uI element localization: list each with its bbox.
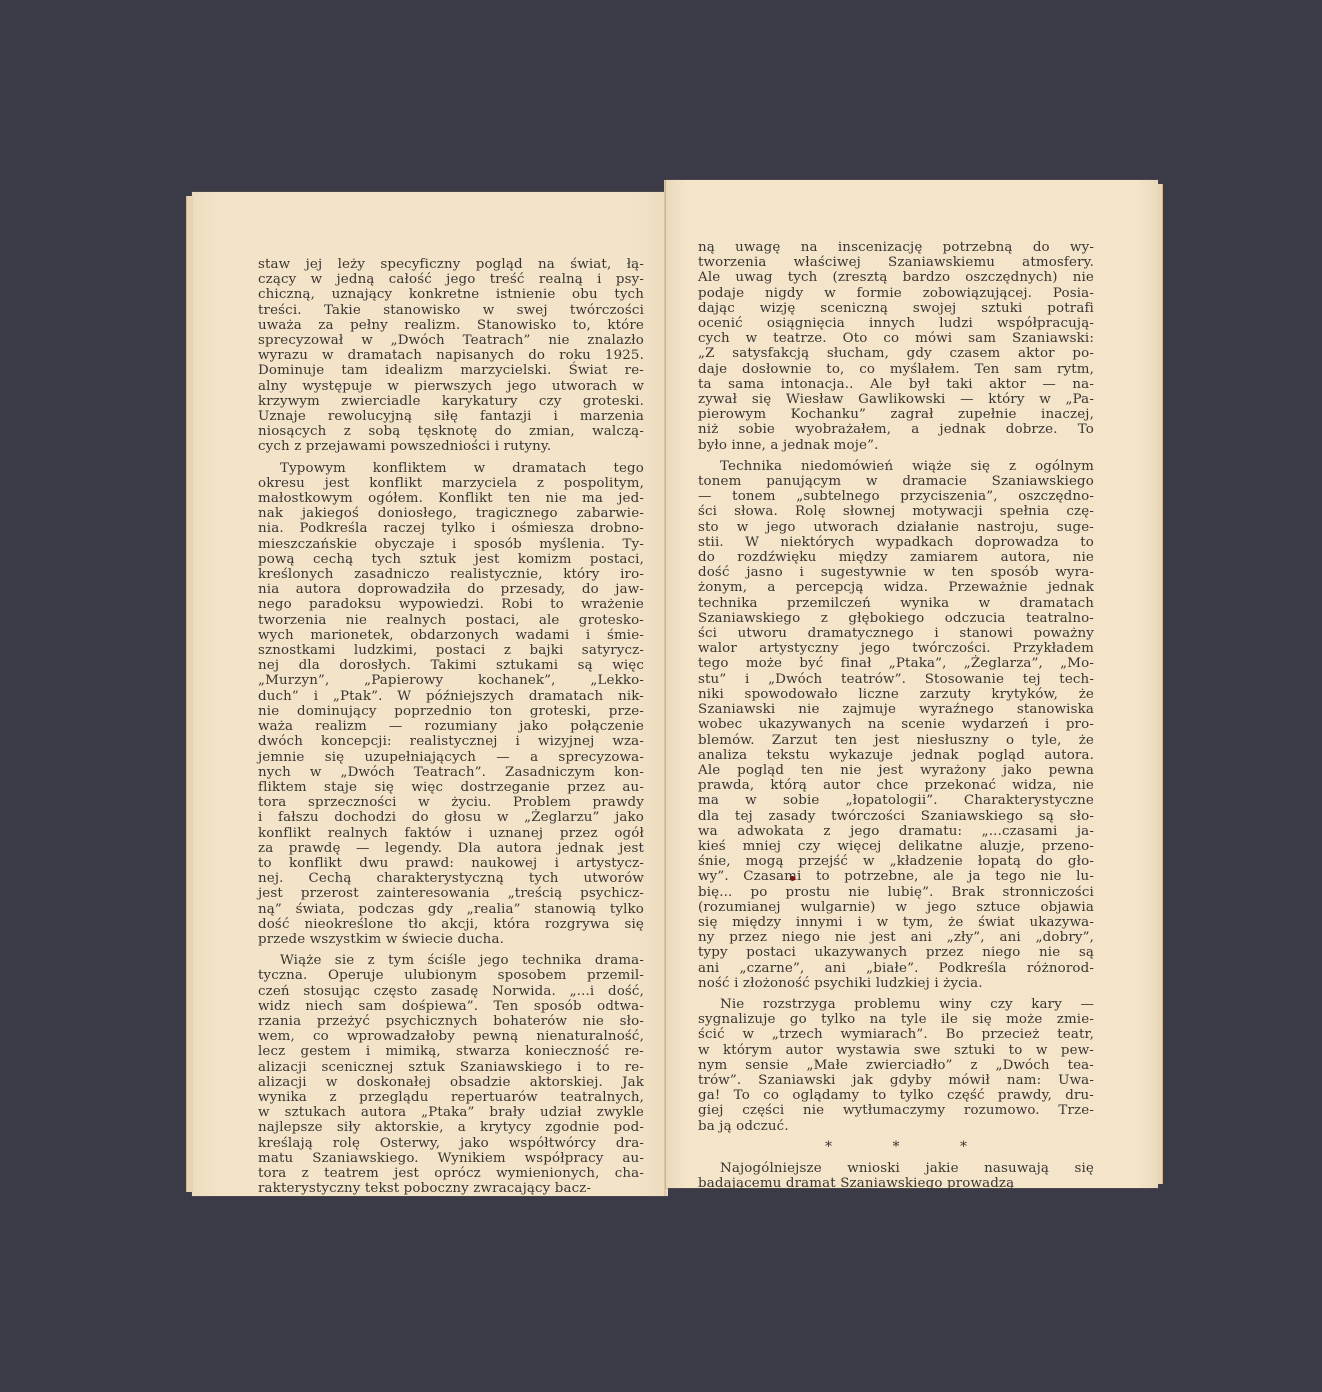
text-line: trów”. Szaniawski jak gdyby mówił nam: U… (698, 1073, 1094, 1088)
text-line: niosących z sobą tęsknotę do zmian, walc… (258, 424, 644, 439)
text-line: dwóch koncepcji: realistycznej i wizyjne… (258, 734, 644, 749)
text-line: bię... po prostu nie lubię”. Brak stronn… (698, 885, 1094, 900)
text-line: tonem panującym w dramacie Szaniawskiego (698, 474, 1094, 489)
text-line: krzywym zwierciadle karykatury czy grote… (258, 394, 644, 409)
text-line: tora z teatrem jest oprócz wymienionych,… (258, 1166, 644, 1181)
text-line: ny przez niego nie jest ani „zły”, ani „… (698, 930, 1094, 945)
text-line: ga! To co oglądamy to tylko część prawdy… (698, 1088, 1094, 1103)
text-line: lecz gestem i mimiką, stwarza koniecznoś… (258, 1044, 644, 1059)
text-line: jest przerost zainteresowania „treścią p… (258, 886, 644, 901)
text-line: Uznaje rewolucyjną siłę fantazji i marze… (258, 409, 644, 424)
text-line: ną uwagę na inscenizację potrzebną do wy… (698, 240, 1094, 255)
paragraph: Najogólniejsze wnioski jakie nasuwają si… (698, 1161, 1094, 1191)
text-line: nej. Cechą charakterystyczną tych utworó… (258, 871, 644, 886)
text-line: w którym autor wystawia swe sztuki to w … (698, 1043, 1094, 1058)
text-line: walor artystyczny jego twórczości. Przyk… (698, 641, 1094, 656)
text-line: wych marionetek, obdarzonych wadami i śm… (258, 628, 644, 643)
text-line: — tonem „subtelnego przyciszenia”, oszcz… (698, 489, 1094, 504)
text-line: ścić w „trzech wymiarach”. Bo przecież t… (698, 1027, 1094, 1042)
ink-stain (790, 876, 795, 881)
text-line: Najogólniejsze wnioski jakie nasuwają si… (698, 1161, 1094, 1176)
text-line: ści słowa. Rolę słownej motywacji spełni… (698, 504, 1094, 519)
text-line: mieszczańskie obyczaje i sposób myślenia… (258, 537, 644, 552)
text-line: fliktem staje się więc dostrzeganie prze… (258, 780, 644, 795)
text-line: wobec ukazywanych na scenie wydarzeń i p… (698, 717, 1094, 732)
text-line: konflikt realnych faktów i uznanej przez… (258, 826, 644, 841)
text-line: śnie, mogą przejść w „kładzenie łopatą d… (698, 854, 1094, 869)
text-line: badającemu dramat Szaniawskiego prowadzą (698, 1176, 1094, 1191)
text-line: tworzenia nie realnych postaci, ale grot… (258, 613, 644, 628)
text-line: matu Szaniawskiego. Wynikiem współpracy … (258, 1151, 644, 1166)
text-line: wy”. Czasami to potrzebne, ale ja tego n… (698, 869, 1094, 884)
text-line: uważa za pełny realizm. Stanowisko to, k… (258, 318, 644, 333)
text-line: stii. W niektórych wypadkach doprowadza … (698, 535, 1094, 550)
text-line: tyczna. Operuje ulubionym sposobem przem… (258, 968, 644, 983)
text-line: Wiąże sie z tym ściśle jego technika dra… (258, 953, 644, 968)
text-line: sygnalizuje go tylko na tyle ile się moż… (698, 1012, 1094, 1027)
text-line: tora sprzeczności w życiu. Problem prawd… (258, 795, 644, 810)
text-line: Technika niedomówień wiąże się z ogólnym (698, 459, 1094, 474)
text-line: nak jakiegoś doniosłego, tragicznego zab… (258, 506, 644, 521)
text-line: giej części nie wytłumaczymy rozumowo. T… (698, 1103, 1094, 1118)
text-line: cych z przejawami powszedniości i rutyny… (258, 439, 644, 454)
text-line: Szaniawski nie zajmuje wyraźnego stanowi… (698, 702, 1094, 717)
text-line: zywał się Wiesław Gawlikowski — który w … (698, 392, 1094, 407)
text-line: najlepsze siły aktorskie, a krytycy zgod… (258, 1120, 644, 1135)
paragraph: ną uwagę na inscenizację potrzebną do wy… (698, 240, 1094, 453)
text-line: wynika z przeglądu repertuarów teatralny… (258, 1090, 644, 1105)
text-line: tworzenia właściwej Szaniawskiemu atmosf… (698, 255, 1094, 270)
text-line: technika przemilczeń wynika w dramatach (698, 596, 1094, 611)
text-line: waża realizm — rozumiany jako połączenie (258, 719, 644, 734)
text-line: ba ją odczuć. (698, 1119, 1094, 1134)
right-page-edge (1157, 184, 1163, 1184)
text-line: ocenić osiągnięcia innych ludzi współpra… (698, 316, 1094, 331)
text-line: ność i złożoność psychiki ludzkiej i życ… (698, 976, 1094, 991)
text-line: chiczną, uznający konkretne istnienie ob… (258, 287, 644, 302)
text-line: „Murzyn”, „Papierowy kochanek”, „Lekko- (258, 673, 644, 688)
booklet-spread: staw jej leży specyficzny pogląd na świa… (190, 180, 1160, 1200)
text-line: żonym, a percepcją widza. Przeważnie jed… (698, 580, 1094, 595)
text-line: i fałszu dochodzi do głosu w „Żeglarzu” … (258, 810, 644, 825)
text-line: do rozdźwięku między zamiarem autora, ni… (698, 550, 1094, 565)
text-line: ma w sobie „łopatologii”. Charakterystyc… (698, 793, 1094, 808)
text-line: cych w teatrze. Oto co mówi sam Szaniaws… (698, 331, 1094, 346)
text-line: kreślonych zasadniczo realistycznie, któ… (258, 567, 644, 582)
text-line: przede wszystkim w świecie ducha. (258, 932, 644, 947)
text-line: alny występuje w pierwszych jego utworac… (258, 379, 644, 394)
text-line: nym sensie „Małe zwierciadło” z „Dwóch t… (698, 1058, 1094, 1073)
text-line: to konflikt dwu prawd: naukowej i artyst… (258, 856, 644, 871)
text-line: daje dosłownie to, co myślałem. Ten sam … (698, 362, 1094, 377)
text-line: dla tej zasady twórczości Szaniawskiego … (698, 809, 1094, 824)
text-line: nie dominujący poprzednio ton groteski, … (258, 704, 644, 719)
text-line: małostkowym ogółem. Konflikt ten nie ma … (258, 491, 644, 506)
text-line: staw jej leży specyficzny pogląd na świa… (258, 257, 644, 272)
text-line: kreślają rolę Osterwy, jako współtwórcy … (258, 1136, 644, 1151)
text-line: wa adwokata z jego dramatu: „...czasami … (698, 824, 1094, 839)
text-line: pierowym Kochanku” zagrał zupełnie inacz… (698, 407, 1094, 422)
text-line: nia autora doprowadziła do przesady, do … (258, 582, 644, 597)
text-line: jemnie się uzupełniających — a sprecyzow… (258, 750, 644, 765)
text-line: sto w jego utworach działanie nastroju, … (698, 520, 1094, 535)
text-line: widz niech sam dośpiewa”. Ten sposób odt… (258, 999, 644, 1014)
text-line: typy postaci ukazywanych przez niego nie… (698, 945, 1094, 960)
left-page-edge (186, 196, 193, 1192)
text-line: alizacji scenicznej sztuk Szaniawskiego … (258, 1060, 644, 1075)
text-line: Dominuje tam idealizm marzycielski. Świa… (258, 363, 644, 378)
paragraph: staw jej leży specyficzny pogląd na świa… (258, 257, 644, 455)
text-line: Typowym konfliktem w dramatach tego (258, 461, 644, 476)
text-line: wyrazu w dramatach napisanych do roku 19… (258, 348, 644, 363)
text-line: dając wizję sceniczną swojej sztuki potr… (698, 301, 1094, 316)
text-line: dość nieokreślone tło akcji, która rozgr… (258, 917, 644, 932)
text-line: nia. Podkreśla raczej tylko i ośmiesza d… (258, 521, 644, 536)
text-line: analiza tekstu wykazuje jednak pogląd au… (698, 748, 1094, 763)
text-line: ną” świata, podczas gdy „realia” stanowi… (258, 902, 644, 917)
text-line: blemów. Zarzut ten jest niesłuszny o tyl… (698, 733, 1094, 748)
text-line: podaje nigdy w formie zobowiązującej. Po… (698, 286, 1094, 301)
right-page-text-column: ną uwagę na inscenizację potrzebną do wy… (698, 240, 1094, 1197)
text-line: sprecyzował w „Dwóch Teatrach” nie znala… (258, 333, 644, 348)
text-line: stu” i „Dwóch teatrów”. Stosowanie tej t… (698, 672, 1094, 687)
text-line: czeń stosując często zasadę Norwida. „..… (258, 984, 644, 999)
section-separator: * * * (698, 1140, 1094, 1155)
left-page: staw jej leży specyficzny pogląd na świa… (192, 192, 666, 1196)
text-line: Ale pogląd ten nie jest wyrażony jako pe… (698, 763, 1094, 778)
text-line: się między innymi i w tym, że świat ukaz… (698, 915, 1094, 930)
right-page: ną uwagę na inscenizację potrzebną do wy… (666, 180, 1158, 1188)
text-line: duch” i „Ptak”. W późniejszych dramatach… (258, 689, 644, 704)
text-line: było inne, a jednak moje”. (698, 438, 1094, 453)
paragraph: Nie rozstrzyga problemu winy czy kary —s… (698, 997, 1094, 1134)
text-line: nego paradoksu wypowiedzi. Robi to wraże… (258, 597, 644, 612)
text-line: rzania przeżyć psychicznych bohaterów ni… (258, 1014, 644, 1029)
text-line: tego może być finał „Ptaka”, „Żeglarza”,… (698, 656, 1094, 671)
text-line: dość jasno i sugestywnie w ten sposób wy… (698, 565, 1094, 580)
text-line: Nie rozstrzyga problemu winy czy kary — (698, 997, 1094, 1012)
text-line: okresu jest konflikt marzyciela z pospol… (258, 476, 644, 491)
text-line: pową cechą tych sztuk jest komizm postac… (258, 552, 644, 567)
text-line: alizacji w doskonałej obsadzie aktorskie… (258, 1075, 644, 1090)
text-line: nej dla dorosłych. Takimi sztukami są wi… (258, 658, 644, 673)
text-line: wem, co wprowadzałoby pewną nienaturalno… (258, 1029, 644, 1044)
text-line: „Z satysfakcją słucham, gdy czasem aktor… (698, 346, 1094, 361)
text-line: prawda, którą autor chce przekonać widza… (698, 778, 1094, 793)
text-line: kieś mniej czy więcej delikatne aluzje, … (698, 839, 1094, 854)
text-line: ani „czarne”, ani „białe”. Podkreśla róż… (698, 961, 1094, 976)
text-line: ta sama intonacja.. Ale był taki aktor —… (698, 377, 1094, 392)
text-line: treści. Takie stanowisko w swej twórczoś… (258, 303, 644, 318)
text-line: rakterystyczny tekst poboczny zwracający… (258, 1181, 644, 1196)
text-line: za prawdę — legendy. Dla autora jednak j… (258, 841, 644, 856)
text-line: (rozumianej wulgarnie) w jego sztuce obj… (698, 900, 1094, 915)
paragraph: Wiąże sie z tym ściśle jego technika dra… (258, 953, 644, 1196)
text-line: Szaniawskiego z głębokiego odczucia teat… (698, 611, 1094, 626)
text-line: czący w jedną całość jego treść realną i… (258, 272, 644, 287)
paragraph: Technika niedomówień wiąże się z ogólnym… (698, 459, 1094, 991)
text-line: ści utworu dramatycznego i stanowi poważ… (698, 626, 1094, 641)
text-line: sznostkami ludzkimi, postaci z bajki sat… (258, 643, 644, 658)
text-line: Ale uwag tych (zresztą bardzo oszczędnyc… (698, 270, 1094, 285)
text-line: nych w „Dwóch Teatrach”. Zasadniczym kon… (258, 765, 644, 780)
text-line: w sztukach autora „Ptaka” brały udział z… (258, 1105, 644, 1120)
text-line: niż sobie wyobrażałem, a jednak dobrze. … (698, 422, 1094, 437)
text-line: niki spowodowało liczne zarzuty krytyków… (698, 687, 1094, 702)
paragraph: Typowym konfliktem w dramatach tegookres… (258, 461, 644, 948)
left-page-text-column: staw jej leży specyficzny pogląd na świa… (258, 257, 644, 1202)
